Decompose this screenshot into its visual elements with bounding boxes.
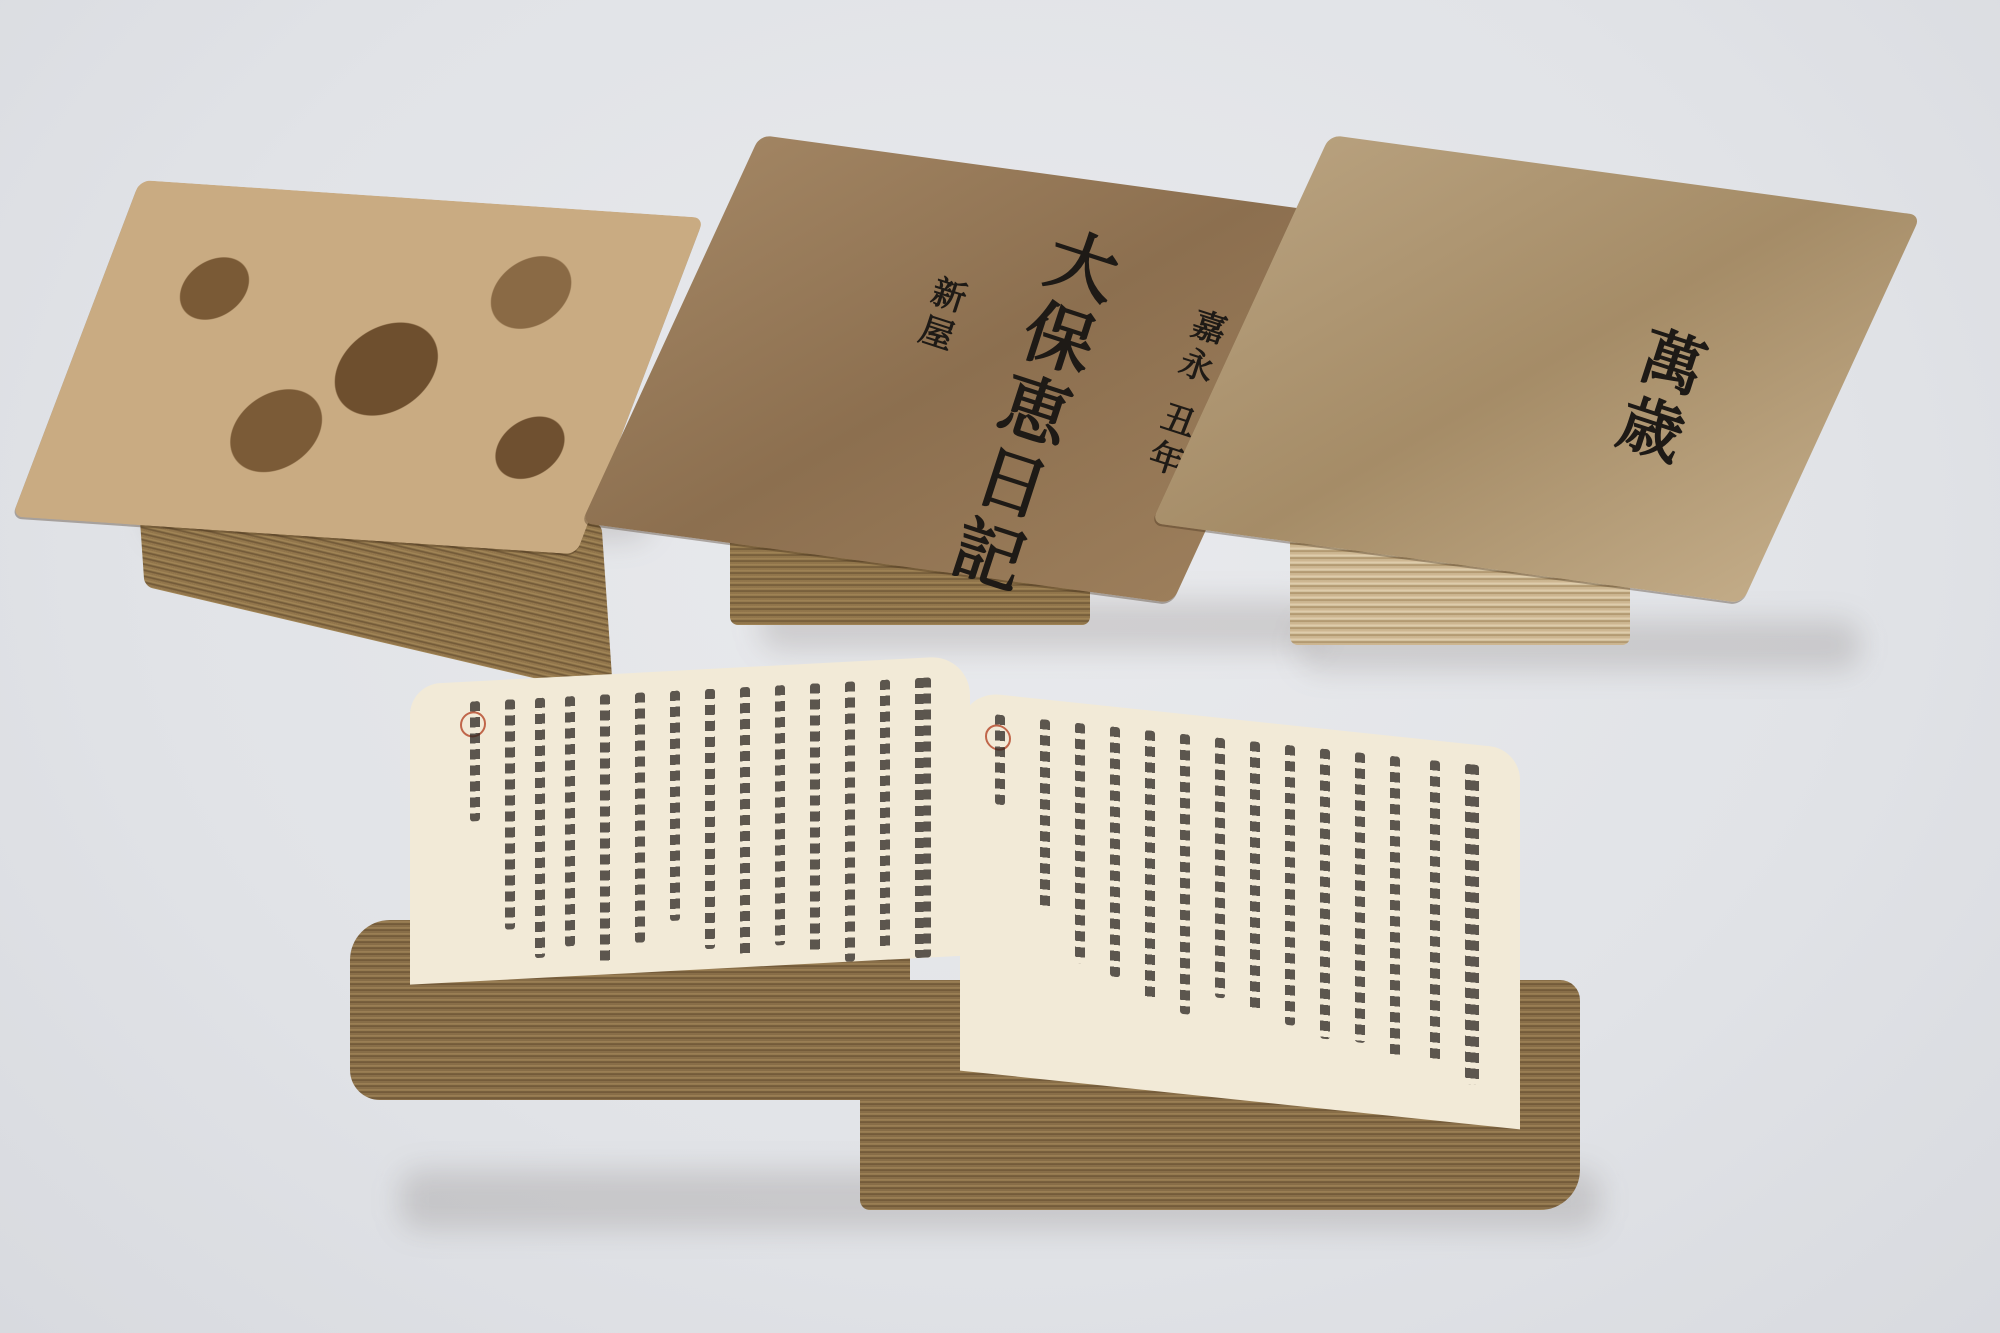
closed-book-right: 萬歳: [1290, 125, 1930, 665]
open-book: [340, 650, 1600, 1230]
left-page: [410, 655, 970, 984]
right-page: [960, 691, 1520, 1130]
